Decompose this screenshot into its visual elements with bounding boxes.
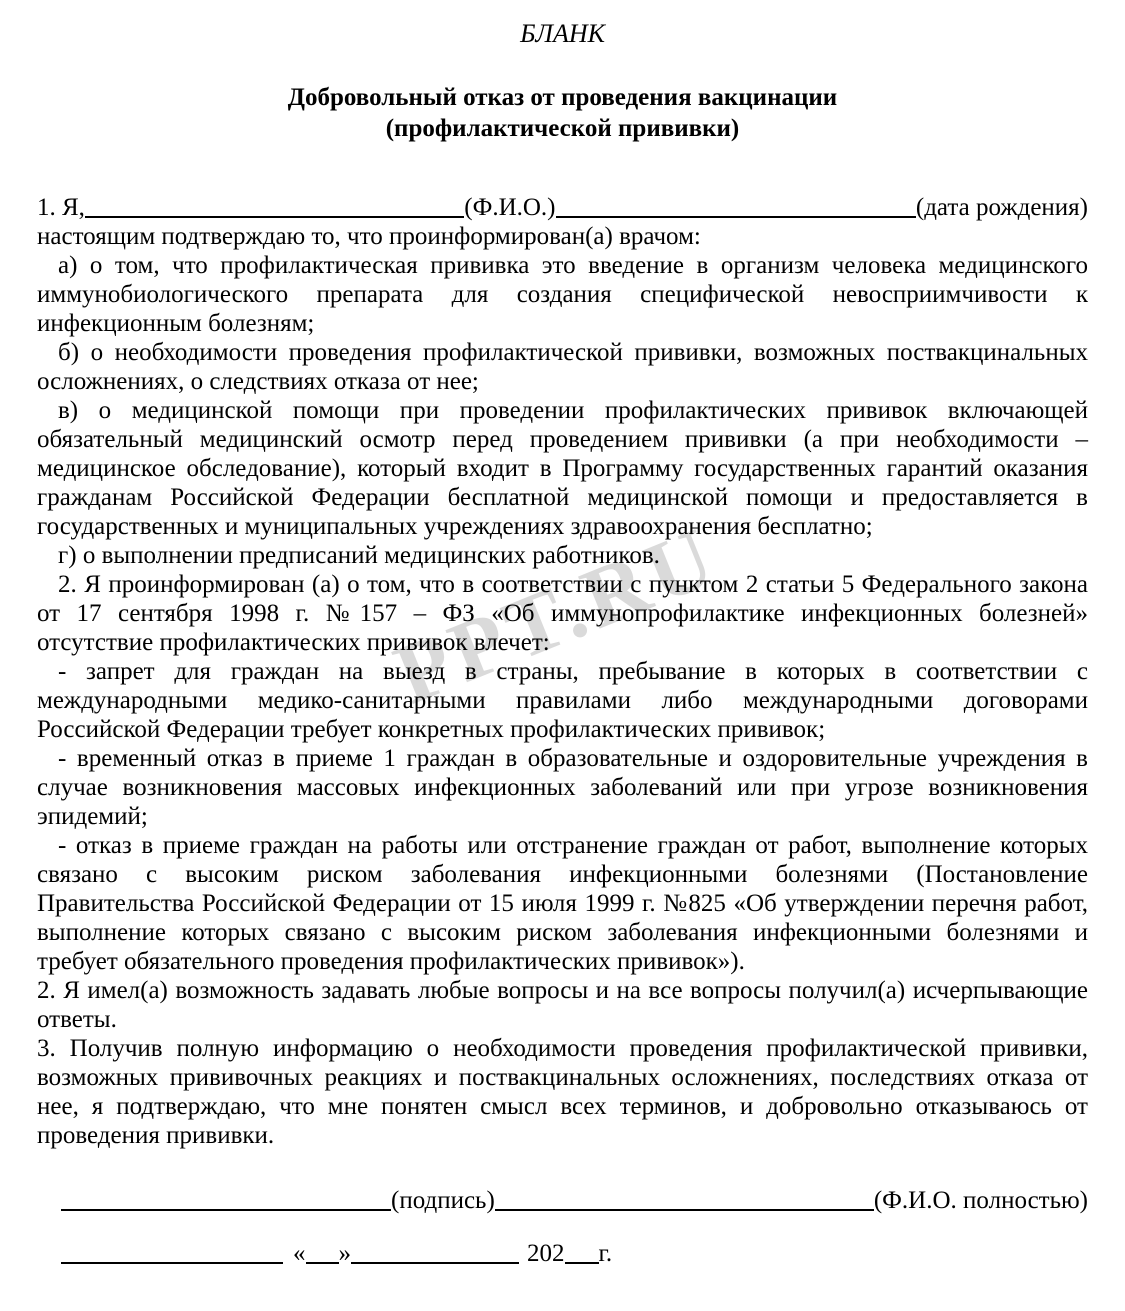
intro-prefix: 1. Я, [37,193,85,222]
day-blank-line [306,1262,339,1264]
document-title: Добровольный отказ от проведения вакцина… [37,82,1088,144]
month-blank-line [351,1262,519,1264]
signature-blank-line [61,1209,391,1211]
paragraph: - запрет для граждан на выезд в страны, … [37,657,1088,744]
birthdate-blank-line [556,216,916,218]
birthdate-label: (дата рождения) [916,193,1088,222]
paragraph: б) о необходимости проведения профилакти… [37,338,1088,396]
document-content: БЛАНК Добровольный отказ от проведения в… [0,0,1125,1268]
paragraph: 2. Я проинформирован (а) о том, что в со… [37,570,1088,657]
fullname-blank-line [495,1209,874,1211]
paragraph: г) о выполнении предписаний медицинских … [37,541,1088,570]
title-line-2: (профилактической прививки) [37,113,1088,144]
open-quote: « [293,1239,306,1268]
fullname-label: (Ф.И.О. полностью) [874,1186,1088,1215]
fio-label: (Ф.И.О.) [464,193,555,222]
paragraph: - отказ в приеме граждан на работы или о… [37,831,1088,976]
year-prefix: 202 [527,1239,565,1268]
document-body: 1. Я, (Ф.И.О.) (дата рождения) настоящим… [37,193,1088,1150]
paragraph: а) о том, что профилактическая прививка … [37,251,1088,338]
signature-row: (подпись) (Ф.И.О. полностью) [61,1186,1088,1215]
paragraph: 2. Я имел(а) возможность задавать любые … [37,976,1088,1034]
form-stamp: БЛАНК [37,18,1088,50]
paragraph: - временный отказ в приеме 1 граждан в о… [37,744,1088,831]
intro-row: 1. Я, (Ф.И.О.) (дата рождения) [37,193,1088,222]
intro-continuation: настоящим подтверждаю то, что проинформи… [37,222,1088,251]
close-quote: » [339,1239,352,1268]
signature-label: (подпись) [391,1186,495,1215]
fio-blank-line [85,216,464,218]
date-row: « » 202 г. [61,1239,1088,1268]
title-line-1: Добровольный отказ от проведения вакцина… [37,82,1088,113]
paragraph: 3. Получив полную информацию о необходим… [37,1034,1088,1150]
year-suffix: г. [599,1239,613,1268]
place-blank-line [61,1262,283,1264]
body-paragraphs: а) о том, что профилактическая прививка … [37,251,1088,1150]
year-blank-line [565,1262,599,1264]
document-page: PPT.RU БЛАНК Добровольный отказ от прове… [0,0,1125,1311]
paragraph: в) о медицинской помощи при проведении п… [37,396,1088,541]
